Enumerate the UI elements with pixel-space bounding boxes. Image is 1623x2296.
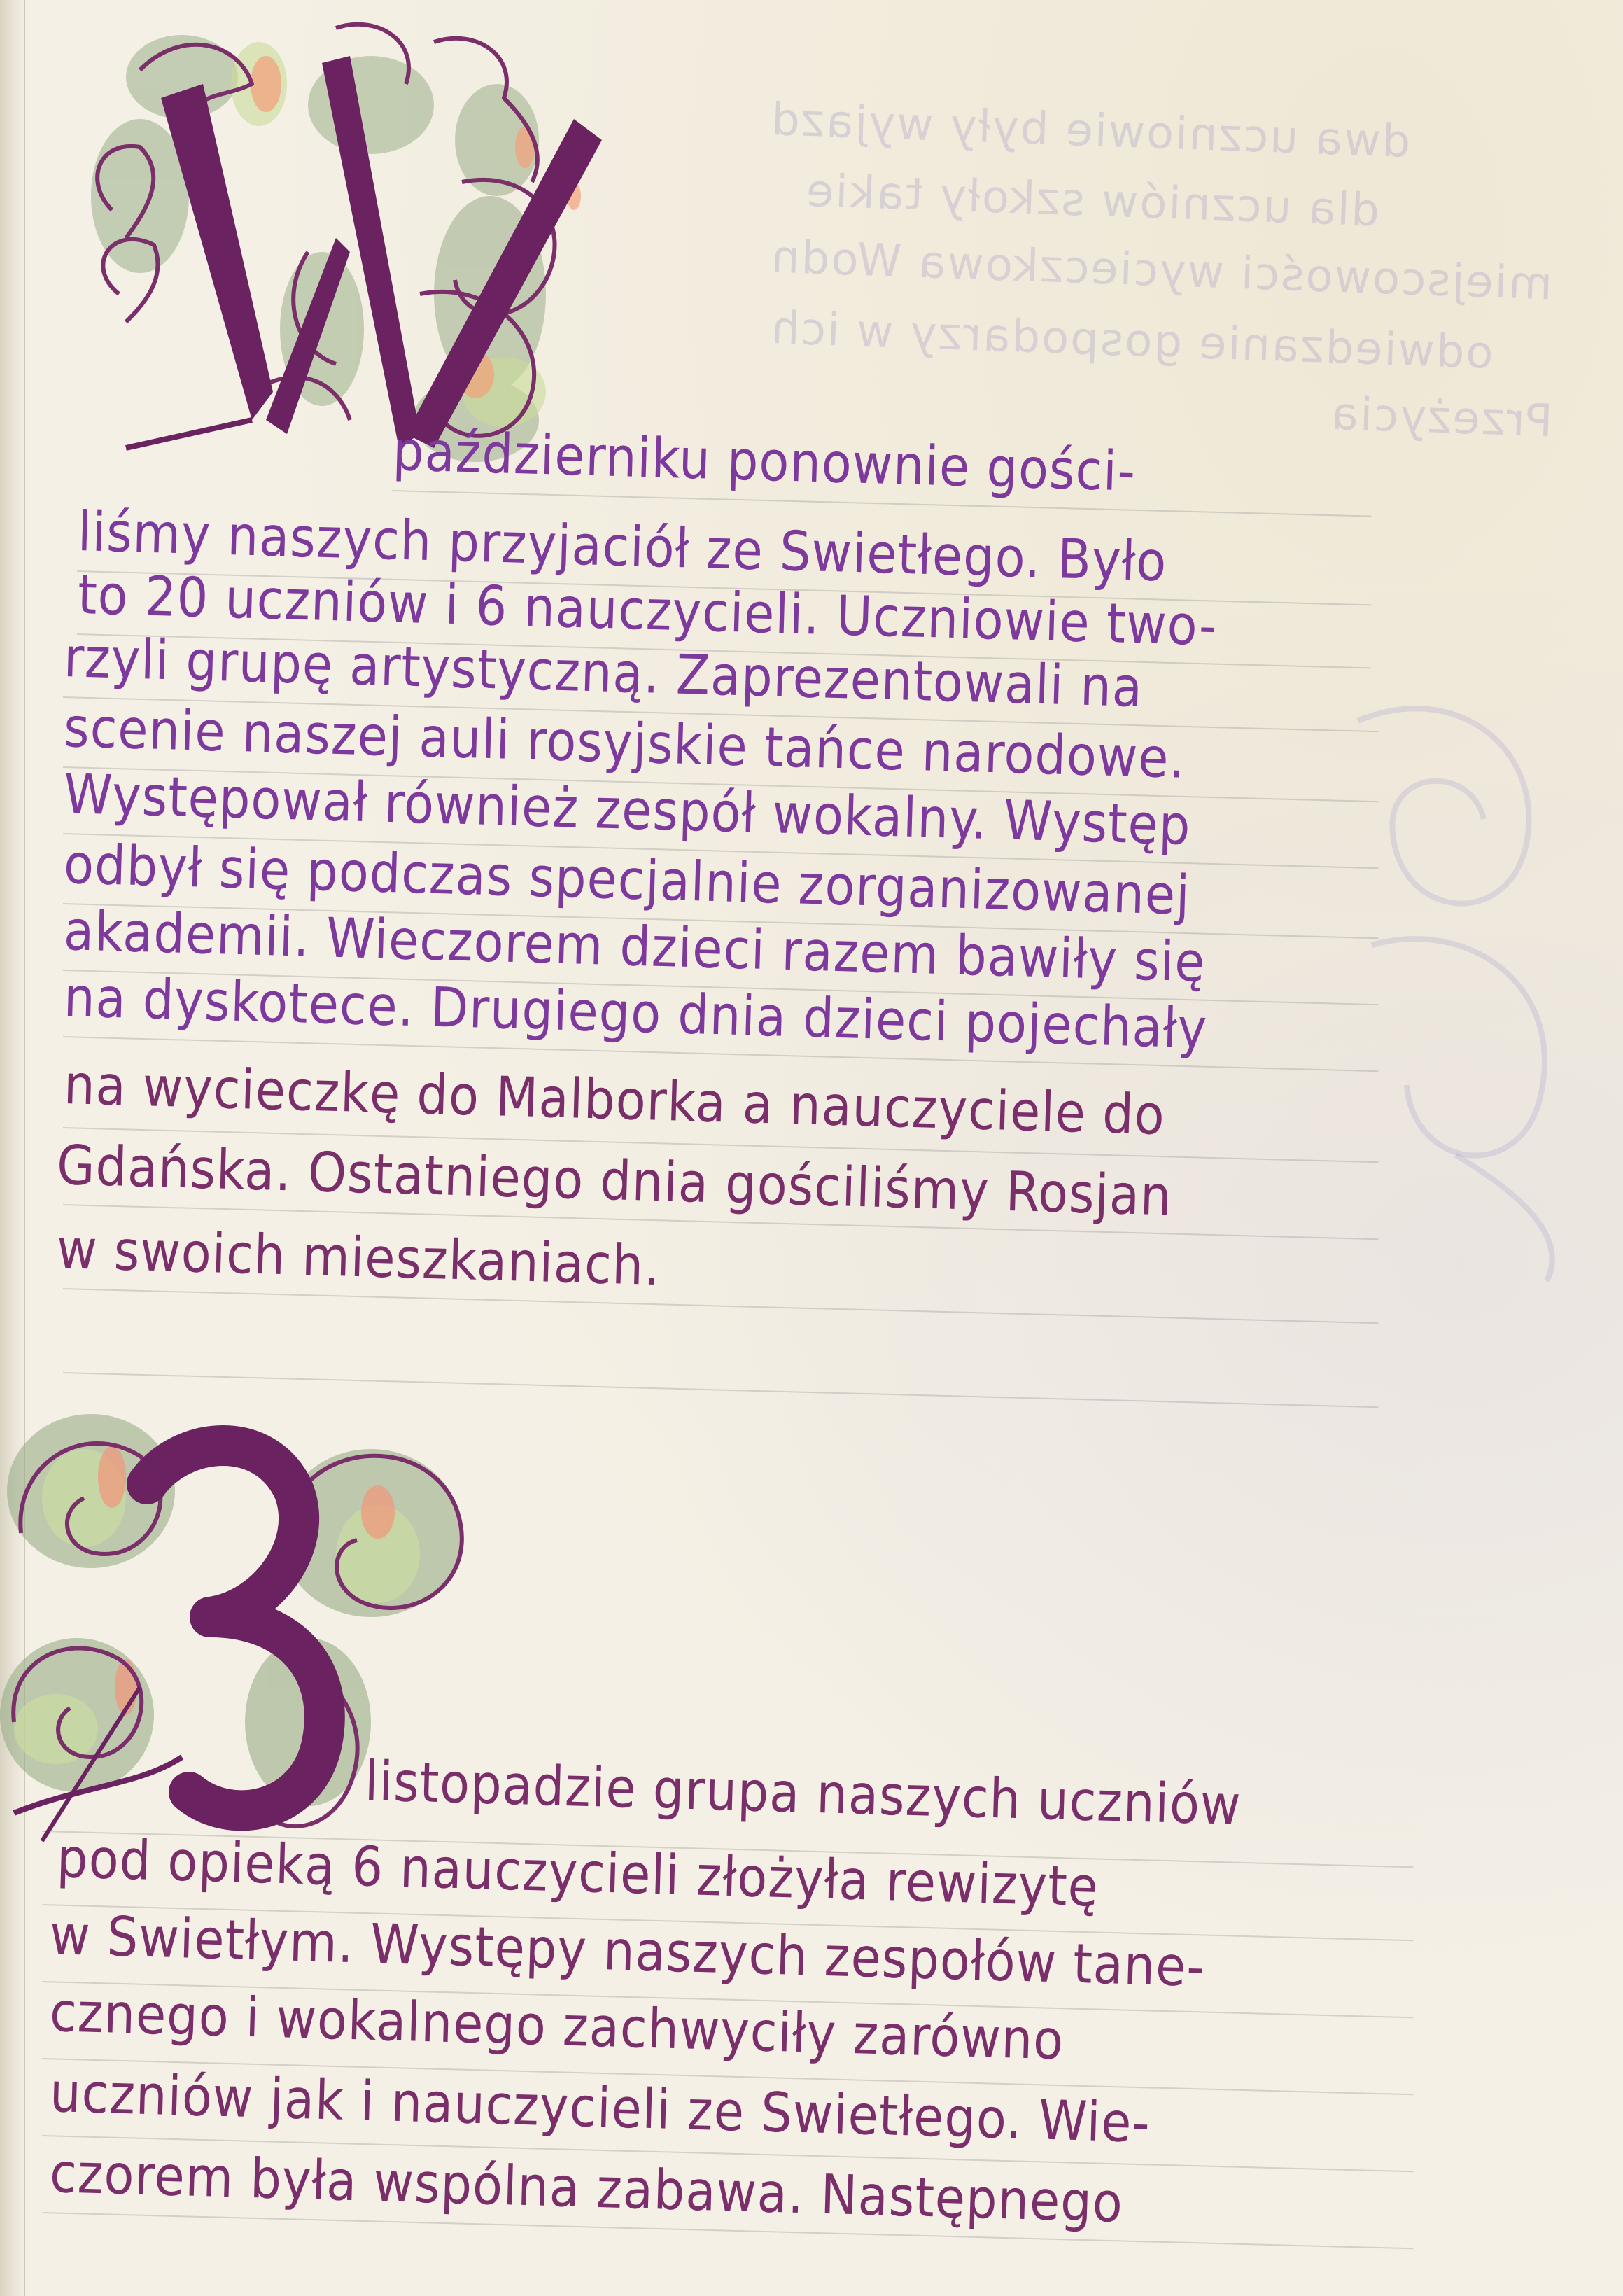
bleed-through-illustration [1316, 665, 1610, 1295]
bleed-through-text: miejscowości wycieczkowa Wodn [769, 232, 1553, 311]
foliage-decoration-icon [42, 0, 616, 483]
text-line: uczniów jak i nauczycieli ze Swietłego. … [49, 2061, 1151, 2155]
text-line: w Swietłym. Występy naszych zespołów tan… [49, 1904, 1206, 1999]
text-line: na wycieczkę do Malborka a nauczyciele d… [63, 1053, 1166, 1147]
text-line: pod opieką 6 nauczycieli złożyła rewizyt… [56, 1827, 1099, 1919]
text-line: październiku ponownie gości- [392, 420, 1137, 504]
bleed-through-text: dla uczniów szkoły takie [804, 165, 1380, 237]
bleed-through-text: odwiedzanie gospodarzy w ich [769, 302, 1494, 379]
illuminated-initial-w [42, 0, 616, 483]
bleed-through-text: dwa uczniowie były wyjazd [769, 94, 1412, 168]
text-line: w swoich mieszkaniach. [56, 1218, 661, 1298]
text-line: czorem była wspólna zabawa. Następnego [49, 2142, 1124, 2235]
ruled-line [63, 1288, 1378, 1324]
text-line: cznego i wokalnego zachwyciły zarówno [49, 1981, 1065, 2072]
text-line: Gdańska. Ostatniego dnia gościliśmy Rosj… [56, 1134, 1173, 1228]
bleed-through-text: Przeżycia [1329, 388, 1554, 447]
book-spine-edge [0, 0, 25, 2296]
